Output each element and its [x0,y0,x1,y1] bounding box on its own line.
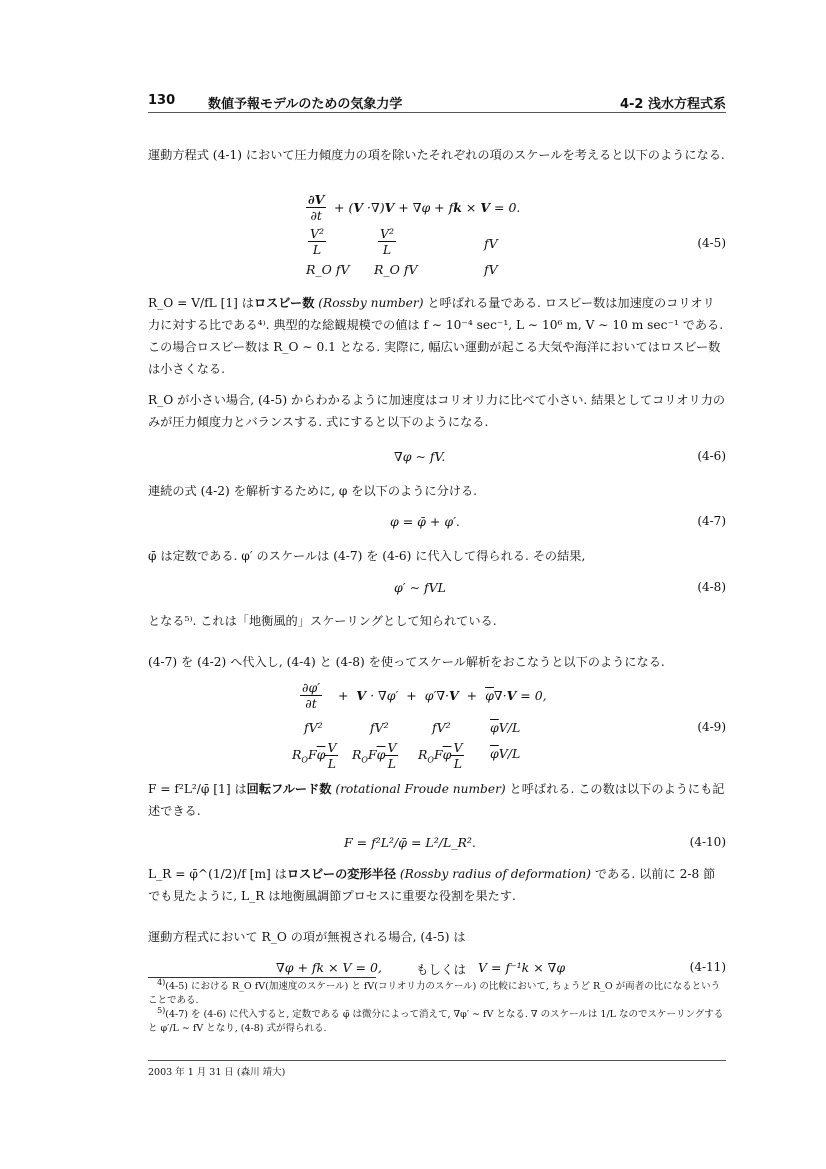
equation-4-7: φ = φ̄ + φ′. (4-7) [148,514,726,532]
term-rossby-number: ロスビー数 [254,296,314,310]
footer-rule [148,1060,726,1061]
section-title: 4-2 浅水方程式系 [620,93,726,112]
term-rotational-froude-number: 回転フルード数 [247,782,332,796]
paragraph-4: 連続の式 (4-2) を解析するために, φ を以下のように分ける. [148,480,726,502]
paragraph-5: φ̄ は定数である. φ′ のスケールは (4-7) を (4-6) に代入して… [148,545,726,567]
header-rule [148,112,726,113]
equation-4-10: F = f²L²/φ̄ = L²/L_R². (4-10) [148,835,726,853]
footer-date-author: 2003 年 1 月 31 日 (森川 靖大) [148,1064,285,1078]
page-number: 130 [148,93,175,108]
equation-4-11: ∇φ + fk × V = 0, もしくは V = f⁻¹k × ∇φ (4-1… [148,960,726,978]
paragraph-9: L_R = φ̄^(1/2)/f [m] はロスビーの変形半径 (Rossby … [148,863,726,907]
equation-4-5: ∂V∂t + (V ·∇)V + ∇φ + fk × V = 0. V²L V²… [148,192,726,282]
paragraph-7: (4-7) を (4-2) へ代入し, (4-4) と (4-8) を使ってスケ… [148,651,726,673]
eq45-main: + (V ·∇)V + ∇φ + fk × V = 0. [334,200,520,215]
equation-number: (4-5) [697,236,726,250]
paragraph-6: となる⁵⁾. これは「地衡風的」スケーリングとして知られている. [148,610,726,632]
footnote-4: 4)(4-5) における R_O fV(加速度のスケール) と fV(コリオリ力… [148,980,726,1008]
paragraph-1: 運動方程式 (4-1) において圧力傾度力の項を除いたそれぞれの項のスケールを考… [148,144,726,166]
equation-4-8: φ′ ∼ fVL (4-8) [148,580,726,598]
paragraph-8: F = f²L²/φ̄ [1] は回転フルード数 (rotational Fro… [148,778,726,822]
paragraph-10: 運動方程式において R_O の項が無視される場合, (4-5) は [148,926,726,948]
paragraph-2: R_O = V/fL [1] はロスビー数 (Rossby number) と呼… [148,292,726,380]
footnote-5: 5)(4-7) を (4-6) に代入すると, 定数である φ̄ は微分によって… [148,1008,726,1036]
footnote-rule [148,977,376,978]
book-title: 数値予報モデルのための気象力学 [208,93,402,112]
term-rossby-radius: ロスビーの変形半径 [287,867,396,881]
equation-4-9: ∂φ′∂t + V · ∇φ′ + φ′∇·V + φ∇·V = 0, fV² … [148,680,726,770]
running-header: 130 数値予報モデルのための気象力学 4-2 浅水方程式系 [148,93,726,111]
paragraph-3: R_O が小さい場合, (4-5) からわかるように加速度はコリオリ力に比べて小… [148,389,726,433]
equation-4-6: ∇φ ∼ fV. (4-6) [148,449,726,467]
